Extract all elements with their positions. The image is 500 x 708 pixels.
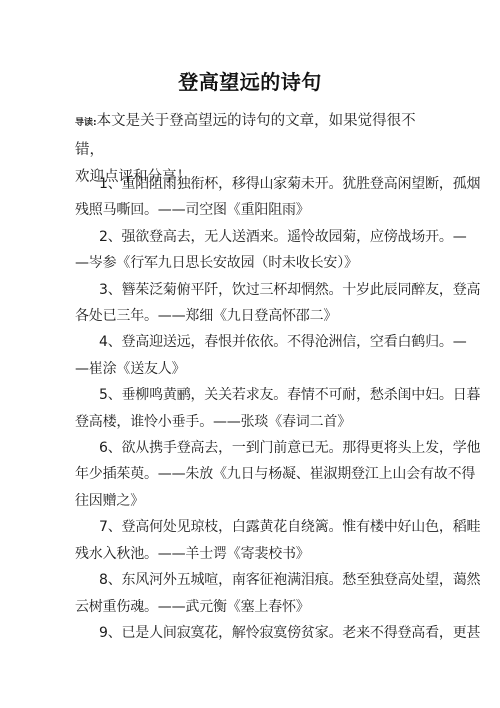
poem-item-2: 2、强欲登高去，无人送酒来。遥怜故园菊，应傍战场开。— —岑参《行军九日思长安故…: [75, 224, 425, 277]
poem-list: 1、重阳阻雨独衔杯，移得山家菊未开。犹胜登高闲望断，孤烟 残照马嘶回。——司空图…: [75, 171, 425, 646]
poem-item-1: 1、重阳阻雨独衔杯，移得山家菊未开。犹胜登高闲望断，孤烟 残照马嘶回。——司空图…: [75, 171, 425, 224]
poem-line: 往因赠之》: [75, 488, 425, 514]
intro-label: 导读:: [75, 118, 97, 128]
poem-line: 9、已是人间寂寞花，解怜寂寞傍贫家。老来不得登高看，更甚: [75, 620, 425, 646]
poem-item-6: 6、欲从携手登高去，一到门前意已无。那得更将头上发，学他 年少插茱萸。——朱放《…: [75, 435, 425, 514]
poem-item-9: 9、已是人间寂寞花，解怜寂寞傍贫家。老来不得登高看，更甚: [75, 620, 425, 646]
poem-line: 云树重伤魂。——武元衡《塞上春怀》: [75, 594, 425, 620]
poem-line: —崔涂《送友人》: [75, 356, 425, 382]
poem-line: —岑参《行军九日思长安故园（时未收长安）》: [75, 250, 425, 276]
intro-text-1: 本文是关于登高望远的诗句的文章，如果觉得很不错，: [75, 113, 416, 158]
poem-line: 3、簪茱泛菊俯平阡，饮过三杯却惘然。十岁此辰同醉友，登高: [75, 277, 425, 303]
poem-item-7: 7、登高何处见琼枝，白露黄花自绕篱。惟有楼中好山色，稻畦 残水入秋池。——羊士谔…: [75, 514, 425, 567]
poem-line: 8、东风河外五城喧，南客征袍满泪痕。愁至独登高处望，蔼然: [75, 567, 425, 593]
poem-line: 各处已三年。——郑细《九日登高怀邵二》: [75, 303, 425, 329]
poem-line: 1、重阳阻雨独衔杯，移得山家菊未开。犹胜登高闲望断，孤烟: [75, 171, 425, 197]
poem-line: 4、登高迎送远，春恨并依依。不得沧洲信，空看白鹤归。—: [75, 329, 425, 355]
poem-line: 7、登高何处见琼枝，白露黄花自绕篱。惟有楼中好山色，稻畦: [75, 514, 425, 540]
page-title: 登高望远的诗句: [0, 66, 500, 95]
poem-item-8: 8、东风河外五城喧，南客征袍满泪痕。愁至独登高处望，蔼然 云树重伤魂。——武元衡…: [75, 567, 425, 620]
poem-line: 6、欲从携手登高去，一到门前意已无。那得更将头上发，学他: [75, 435, 425, 461]
poem-line: 2、强欲登高去，无人送酒来。遥怜故园菊，应傍战场开。—: [75, 224, 425, 250]
poem-line: 年少插茱萸。——朱放《九日与杨凝、崔淑期登江上山会有故不得: [75, 461, 425, 487]
document-page: 登高望远的诗句 导读:本文是关于登高望远的诗句的文章，如果觉得很不错， 欢迎点评…: [0, 0, 500, 708]
poem-line: 残照马嘶回。——司空图《重阳阻雨》: [75, 197, 425, 223]
poem-item-5: 5、垂柳鸣黄鹂，关关若求友。春情不可耐，愁杀闺中妇。日暮 登高楼，谁怜小垂手。—…: [75, 382, 425, 435]
poem-item-4: 4、登高迎送远，春恨并依依。不得沧洲信，空看白鹤归。— —崔涂《送友人》: [75, 329, 425, 382]
intro-line-1: 导读:本文是关于登高望远的诗句的文章，如果觉得很不错，: [75, 108, 425, 164]
poem-line: 残水入秋池。——羊士谔《寄裴校书》: [75, 541, 425, 567]
poem-line: 5、垂柳鸣黄鹂，关关若求友。春情不可耐，愁杀闺中妇。日暮: [75, 382, 425, 408]
poem-item-3: 3、簪茱泛菊俯平阡，饮过三杯却惘然。十岁此辰同醉友，登高 各处已三年。——郑细《…: [75, 277, 425, 330]
poem-line: 登高楼，谁怜小垂手。——张琰《春词二首》: [75, 409, 425, 435]
